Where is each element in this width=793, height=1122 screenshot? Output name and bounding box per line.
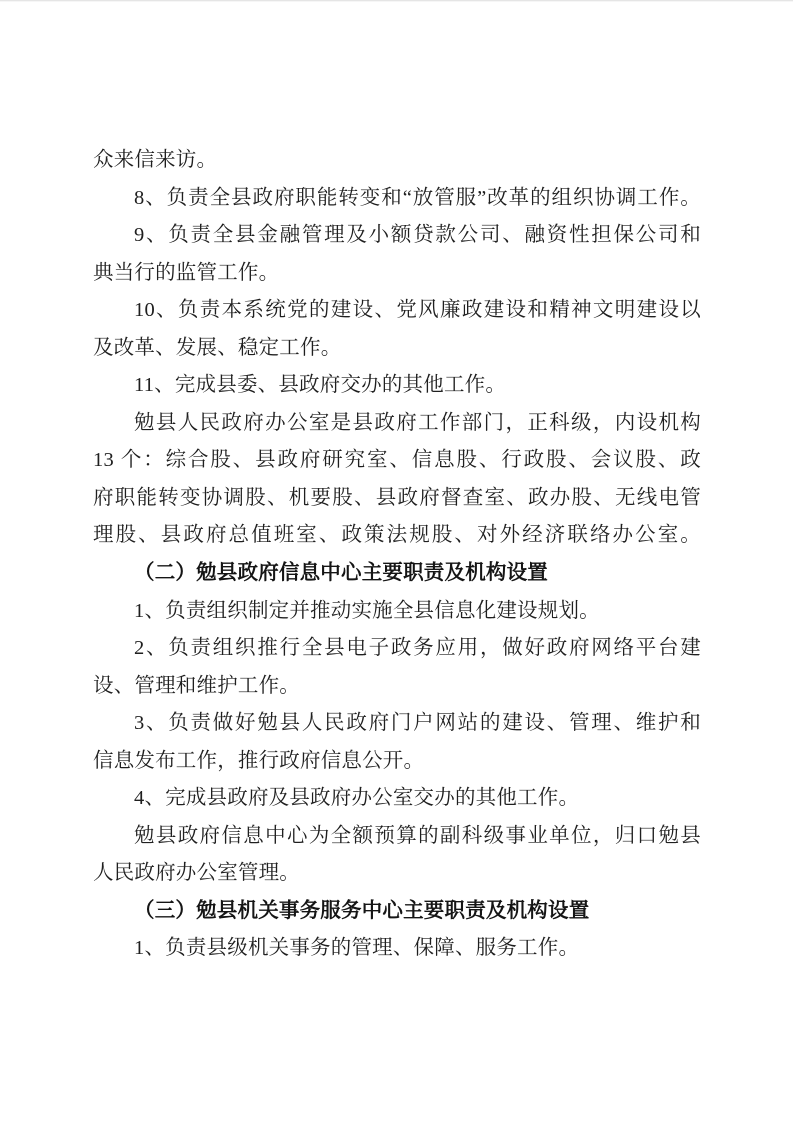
document-page: 众来信来访。8、负责全县政府职能转变和“放管服”改革的组织协调工作。9、负责全县… — [0, 0, 793, 1122]
text-line: 13 个：综合股、县政府研究室、信息股、行政股、会议股、政 — [93, 442, 701, 480]
text-line: 及改革、发展、稳定工作。 — [93, 330, 701, 368]
text-line: 典当行的监管工作。 — [93, 255, 701, 293]
section-heading: （二）勉县政府信息中心主要职责及机构设置 — [93, 555, 701, 593]
text-line: 9、负责全县金融管理及小额贷款公司、融资性担保公司和 — [93, 217, 701, 255]
text-line: 1、负责组织制定并推动实施全县信息化建设规划。 — [93, 593, 701, 631]
page-top-edge-line — [0, 0, 793, 2]
text-line: 勉县政府信息中心为全额预算的副科级事业单位，归口勉县 — [93, 818, 701, 856]
text-line: 设、管理和维护工作。 — [93, 668, 701, 706]
document-text-block: 众来信来访。8、负责全县政府职能转变和“放管服”改革的组织协调工作。9、负责全县… — [93, 142, 701, 968]
text-line: 勉县人民政府办公室是县政府工作部门，正科级，内设机构 — [93, 405, 701, 443]
text-line: 众来信来访。 — [93, 142, 701, 180]
text-line: 信息发布工作，推行政府信息公开。 — [93, 743, 701, 781]
text-line: 2、负责组织推行全县电子政务应用，做好政府网络平台建 — [93, 630, 701, 668]
text-line: 11、完成县委、县政府交办的其他工作。 — [93, 367, 701, 405]
text-line: 8、负责全县政府职能转变和“放管服”改革的组织协调工作。 — [93, 180, 701, 218]
text-line: 理股、县政府总值班室、政策法规股、对外经济联络办公室。 — [93, 517, 701, 555]
text-line: 1、负责县级机关事务的管理、保障、服务工作。 — [93, 930, 701, 968]
text-line: 10、负责本系统党的建设、党风廉政建设和精神文明建设以 — [93, 292, 701, 330]
section-heading: （三）勉县机关事务服务中心主要职责及机构设置 — [93, 893, 701, 931]
text-line: 3、负责做好勉县人民政府门户网站的建设、管理、维护和 — [93, 705, 701, 743]
text-line: 4、完成县政府及县政府办公室交办的其他工作。 — [93, 780, 701, 818]
text-line: 人民政府办公室管理。 — [93, 855, 701, 893]
text-line: 府职能转变协调股、机要股、县政府督查室、政办股、无线电管 — [93, 480, 701, 518]
